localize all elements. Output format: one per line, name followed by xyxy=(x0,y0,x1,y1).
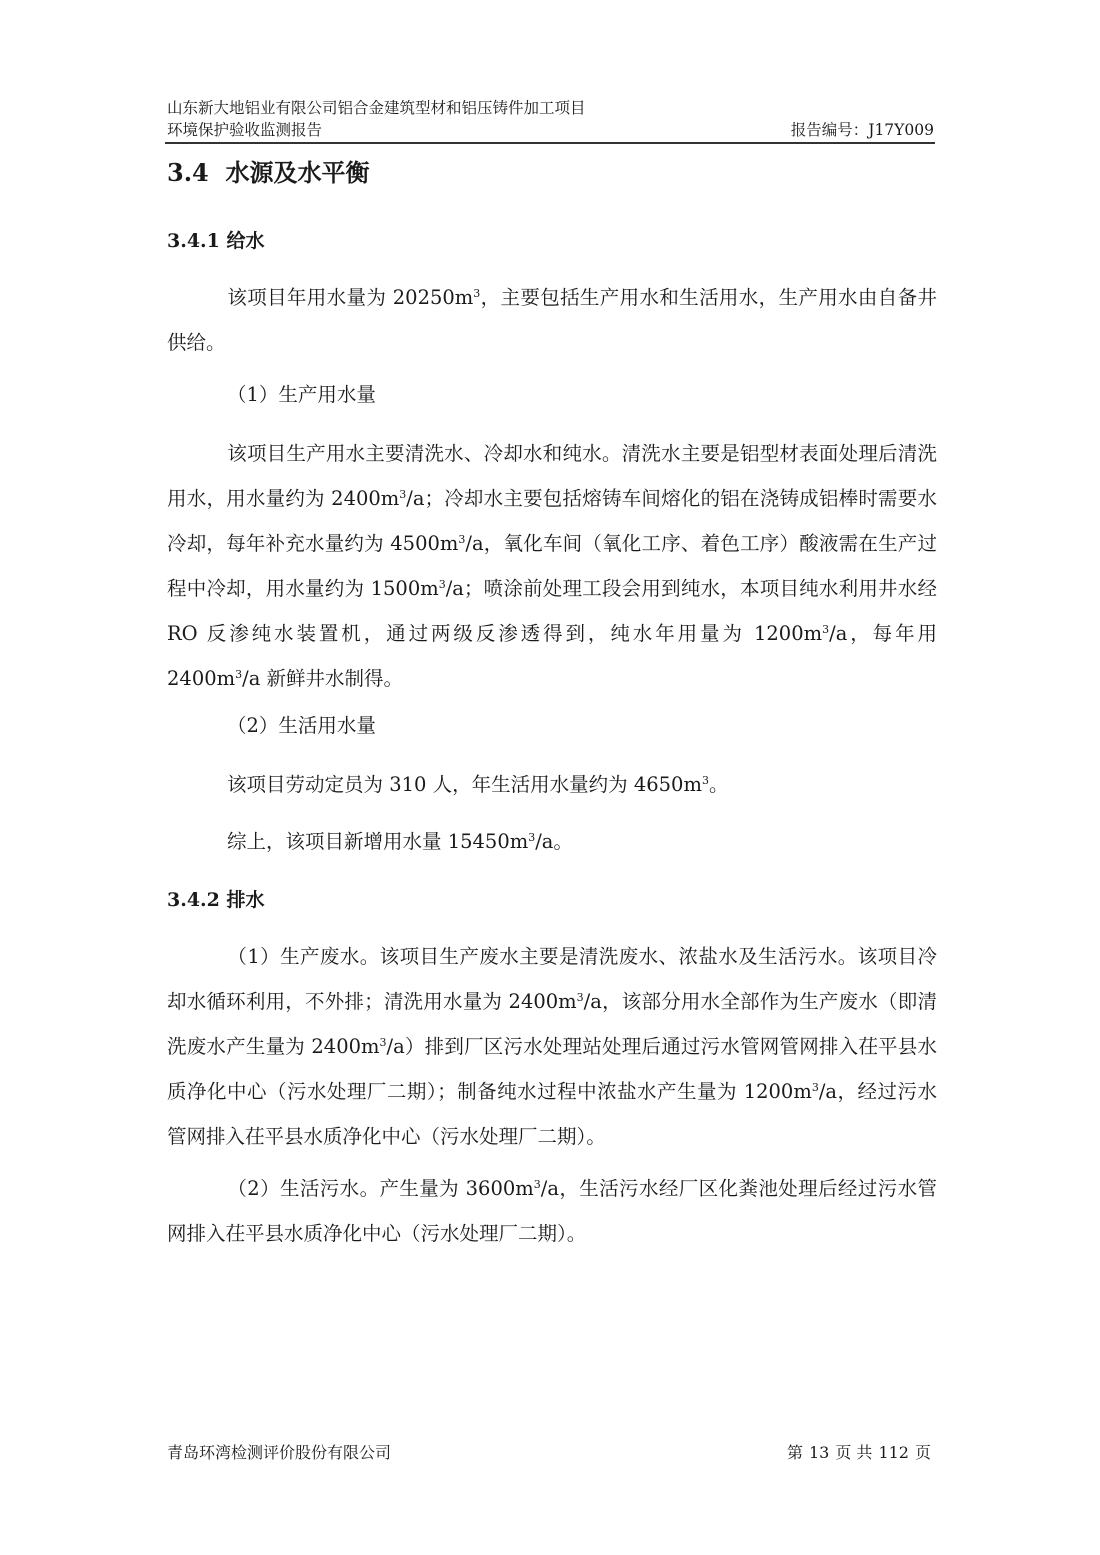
section-title: 水源及水平衡 xyxy=(225,158,369,187)
section-heading: 3.4 水源及水平衡 xyxy=(167,155,369,191)
text: 综上，该项目新增用水量 15450m xyxy=(227,830,528,853)
header-divider xyxy=(165,142,935,144)
text: /a 新鲜井水制得。 xyxy=(242,667,403,690)
text: 页 共 xyxy=(835,1443,872,1462)
text: 页 xyxy=(915,1443,931,1462)
current-page: 13 xyxy=(809,1443,829,1462)
footer-company: 青岛环湾检测评价股份有限公司 xyxy=(167,1441,391,1465)
production-water-paragraph: 该项目生产用水主要清洗水、冷却水和纯水。清洗水主要是铝型材表面处理后清洗用水，用… xyxy=(167,431,937,701)
text: 。 xyxy=(709,773,729,796)
page-header: 山东新大地铝业有限公司铝合金建筑型材和铝压铸件加工项目 环境保护验收监测报告 报… xyxy=(167,97,934,141)
report-number-label: 报告编号： xyxy=(791,121,869,139)
total-pages: 112 xyxy=(878,1443,909,1462)
page-footer: 青岛环湾检测评价股份有限公司 第13页 共112页 xyxy=(167,1441,934,1465)
project-title: 山东新大地铝业有限公司铝合金建筑型材和铝压铸件加工项目 xyxy=(167,97,934,119)
document-page: 山东新大地铝业有限公司铝合金建筑型材和铝压铸件加工项目 环境保护验收监测报告 报… xyxy=(0,0,1100,1555)
water-summary-paragraph: 综上，该项目新增用水量 15450m3/a。 xyxy=(167,819,937,864)
production-water-subheading: （1）生产用水量 xyxy=(227,380,376,410)
superscript: 3 xyxy=(439,578,446,591)
text: /a。 xyxy=(535,830,573,853)
superscript: 3 xyxy=(534,1178,541,1191)
superscript: 3 xyxy=(380,1036,387,1049)
domestic-water-paragraph: 该项目劳动定员为 310 人，年生活用水量约为 4650m3。 xyxy=(167,762,937,807)
subsection-heading-water-supply: 3.4.1 给水 xyxy=(167,226,265,256)
text: 该项目劳动定员为 310 人，年生活用水量约为 4650m xyxy=(227,773,702,796)
superscript: 3 xyxy=(577,991,584,1004)
superscript: 3 xyxy=(702,774,709,787)
water-supply-intro: 该项目年用水量为 20250m3，主要包括生产用水和生活用水，生产用水由自备井供… xyxy=(167,275,937,365)
domestic-water-subheading: （2）生活用水量 xyxy=(227,711,376,741)
page-number: 第13页 共112页 xyxy=(784,1441,934,1465)
production-wastewater-paragraph: （1）生产废水。该项目生产废水主要是清洗废水、浓盐水及生活污水。该项目冷却水循环… xyxy=(167,934,937,1159)
text: 该项目年用水量为 20250m xyxy=(227,286,473,309)
domestic-sewage-paragraph: （2）生活污水。产生量为 3600m3/a，生活污水经厂区化粪池处理后经过污水管… xyxy=(167,1166,937,1256)
report-number: 报告编号：J17Y009 xyxy=(791,119,934,141)
text: 第 xyxy=(787,1443,803,1462)
report-number-value: J17Y009 xyxy=(868,121,934,139)
superscript: 3 xyxy=(812,1081,819,1094)
section-number: 3.4 xyxy=(167,158,209,187)
report-title: 环境保护验收监测报告 xyxy=(167,119,322,141)
subsection-heading-drainage: 3.4.2 排水 xyxy=(167,885,265,915)
text: （2）生活污水。产生量为 3600m xyxy=(227,1177,534,1200)
